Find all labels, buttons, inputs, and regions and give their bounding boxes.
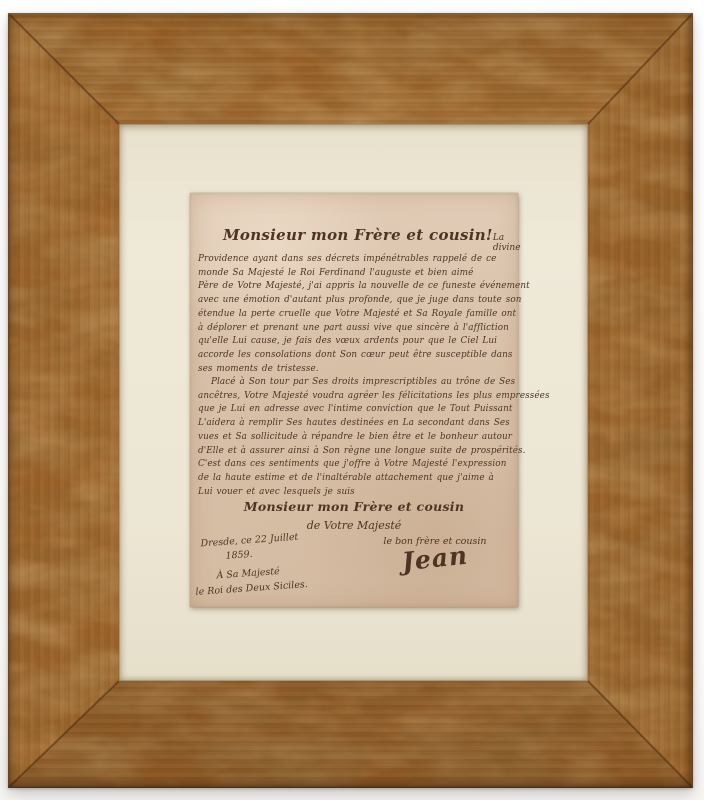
photo-backdrop: Monsieur mon Frère et cousin! La divine … <box>0 0 704 800</box>
letter-line: Providence ayant dans ses décrets impéné… <box>198 253 514 267</box>
letter-line: d'Elle et à assurer ainsi à Son règne un… <box>198 445 514 459</box>
letter-paragraph-1: Providence ayant dans ses décrets impéné… <box>198 253 514 376</box>
letter-line: que je Lui en adresse avec l'intime conv… <box>198 403 514 417</box>
letter-line: vues et Sa sollicitude à répandre le bie… <box>198 431 514 445</box>
letter-line: accorde les consolations dont Son cœur p… <box>198 349 514 363</box>
letter-line: à déplorer et prenant une part aussi viv… <box>198 322 514 336</box>
letter-manuscript: Monsieur mon Frère et cousin! La divine … <box>190 193 518 607</box>
letter-paragraph-2: Placé à Son tour par Ses droits imprescr… <box>198 376 514 499</box>
letter-line: Père de Votre Majesté, j'ai appris la no… <box>198 280 514 294</box>
closing-address-line-1: Monsieur mon Frère et cousin <box>190 499 518 514</box>
place-date-block: Dresde, ce 22 Juillet 1859. <box>200 531 300 566</box>
letter-line: ancêtres, Votre Majesté voudra agréer le… <box>198 390 514 404</box>
letter-line: de la haute estime et de l'inaltérable a… <box>198 472 514 486</box>
picture-frame: Monsieur mon Frère et cousin! La divine … <box>8 13 693 788</box>
letter-paper: Monsieur mon Frère et cousin! La divine … <box>190 193 518 607</box>
closing-address-line-2: de Votre Majesté <box>190 519 518 532</box>
frame-mat: Monsieur mon Frère et cousin! La divine … <box>119 124 588 681</box>
letter-line: L'aidera à remplir Ses hautes destinées … <box>198 417 514 431</box>
letter-line: ses moments de tristesse. <box>198 363 514 377</box>
letter-line: C'est dans ces sentiments que j'offre à … <box>198 458 514 472</box>
letter-heading-row: Monsieur mon Frère et cousin! La divine <box>223 226 506 253</box>
letter-line: Placé à Son tour par Ses droits imprescr… <box>198 376 514 390</box>
letter-line: avec une émotion d'autant plus profonde,… <box>198 294 514 308</box>
letter-line: monde Sa Majesté le Roi Ferdinand l'augu… <box>198 267 514 281</box>
letter-salutation: Monsieur mon Frère et cousin! <box>223 226 493 244</box>
recipient-address-block: À Sa Majesté le Roi des Deux Siciles. <box>194 563 308 600</box>
letter-salutation-tail: La divine <box>493 233 525 253</box>
letter-line: qu'elle Lui cause, je fais des vœux arde… <box>198 335 514 349</box>
letter-line: Lui vouer et avec lesquels je suis <box>198 486 514 500</box>
letter-line: étendue la perte cruelle que Votre Majes… <box>198 308 514 322</box>
